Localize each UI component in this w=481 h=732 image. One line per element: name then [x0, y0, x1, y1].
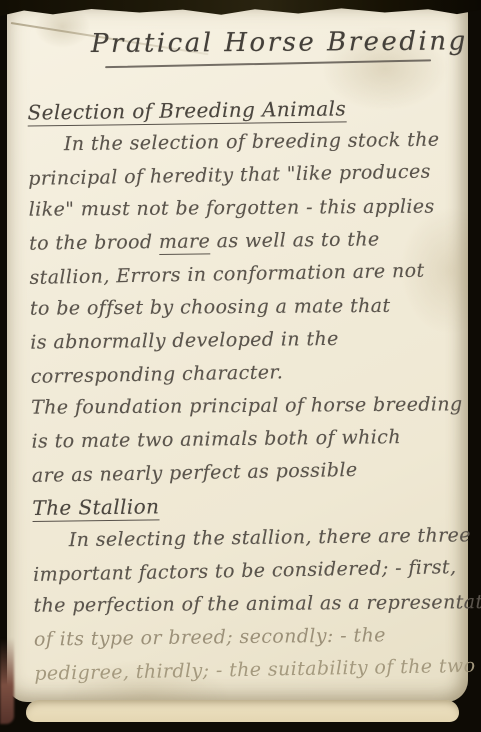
underlined-word: mare [159, 230, 211, 255]
heading-text: The Stallion [32, 494, 159, 522]
handwriting-lines: Selection of Breeding AnimalsIn the sele… [27, 95, 457, 694]
handwritten-line: principal of heredity that "like produce… [28, 160, 452, 201]
notebook-page: Pratical Horse Breeding Selection of Bre… [7, 6, 468, 702]
handwritten-line: pedigree, thirdly; - the suitability of … [34, 655, 458, 696]
notebook-scan: Pratical Horse Breeding Selection of Bre… [0, 0, 481, 732]
handwritten-line: are as nearly perfect as possible [32, 457, 456, 498]
handwritten-line: important factors to be considered; - fi… [33, 556, 457, 597]
handwritten-line: The foundation principal of horse breedi… [31, 393, 454, 429]
handwritten-line: the perfection of the animal as a repres… [33, 591, 456, 627]
under-page-edge [26, 700, 459, 722]
title-underline [105, 59, 431, 68]
handwritten-line: stallion, Errors in conformation are not [29, 259, 453, 300]
heading-text: Selection of Breeding Animals [27, 96, 346, 126]
handwritten-line: like" must not be forgotten - this appli… [29, 195, 452, 231]
cover-corner [0, 638, 14, 724]
handwritten-line: corresponding character. [31, 358, 455, 399]
section-heading: The Stallion [32, 492, 455, 528]
handwritten-line: to be offset by choosing a mate that [30, 294, 453, 330]
title-block: Pratical Horse Breeding [7, 26, 468, 66]
section-heading: Selection of Breeding Animals [27, 96, 450, 132]
document-title: Pratical Horse Breeding [7, 26, 468, 59]
